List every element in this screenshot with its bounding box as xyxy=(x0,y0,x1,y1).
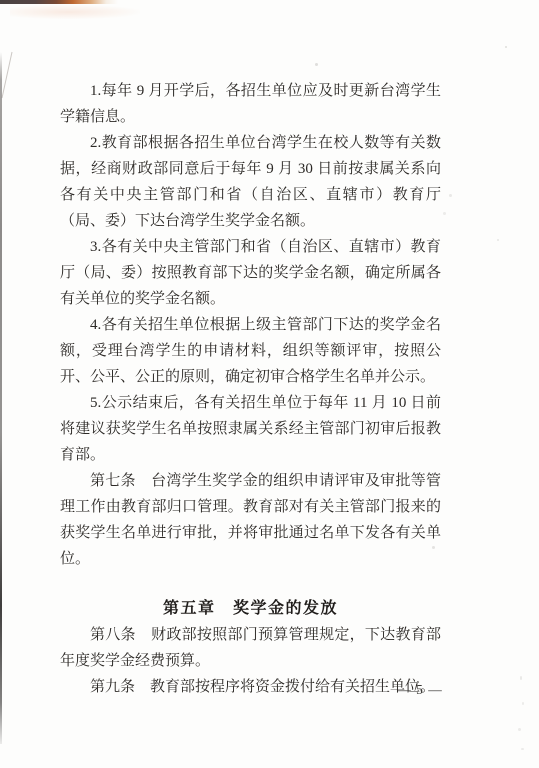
scan-speck xyxy=(518,728,521,731)
document-body: 1.每年 9 月开学后，各招生单位应及时更新台湾学生学籍信息。 2.教育部根据各… xyxy=(60,78,441,700)
scan-speck xyxy=(443,212,446,215)
paragraph-item-1: 1.每年 9 月开学后，各招生单位应及时更新台湾学生学籍信息。 xyxy=(60,78,441,130)
scan-speck xyxy=(505,46,507,48)
scan-speck xyxy=(315,63,318,66)
page-number: — 5 — xyxy=(388,682,452,698)
paragraph-article-9: 第九条 教育部按程序将资金拨付给有关招生单位。 xyxy=(60,674,441,700)
scan-smudge-artifact xyxy=(10,5,140,19)
paragraph-item-3: 3.各有关中央主管部门和省（自治区、直辖市）教育厅（局、委）按照教育部下达的奖学… xyxy=(60,234,441,312)
chapter-heading: 第五章 奖学金的发放 xyxy=(60,596,441,622)
scan-speck xyxy=(497,239,499,241)
paragraph-article-7: 第七条 台湾学生奖学金的组织申请评审及审批等管理工作由教育部归口管理。教育部对有… xyxy=(60,468,441,572)
paragraph-item-2: 2.教育部根据各招生单位台湾学生在校人数等有关数据，经商财政部同意后于每年 9 … xyxy=(60,130,441,234)
scan-speck xyxy=(449,194,452,197)
paragraph-article-8: 第八条 财政部按照部门预算管理规定，下达教育部年度奖学金经费预算。 xyxy=(60,622,441,674)
paragraph-item-5: 5.公示结束后，各有关招生单位于每年 11 月 10 日前将建议获奖学生名单按照… xyxy=(60,390,441,468)
scan-speck xyxy=(522,702,524,705)
scan-speck xyxy=(521,748,524,750)
scanned-page: 1.每年 9 月开学后，各招生单位应及时更新台湾学生学籍信息。 2.教育部根据各… xyxy=(0,0,539,768)
scan-edge-artifact-left xyxy=(0,52,2,744)
paragraph-item-4: 4.各有关招生单位根据上级主管部门下达的奖学金名额，受理台湾学生的申请材料，组织… xyxy=(60,312,441,390)
scan-edge-artifact-top xyxy=(0,0,118,4)
scan-crease-artifact xyxy=(1,50,15,100)
scan-speck xyxy=(520,676,522,680)
